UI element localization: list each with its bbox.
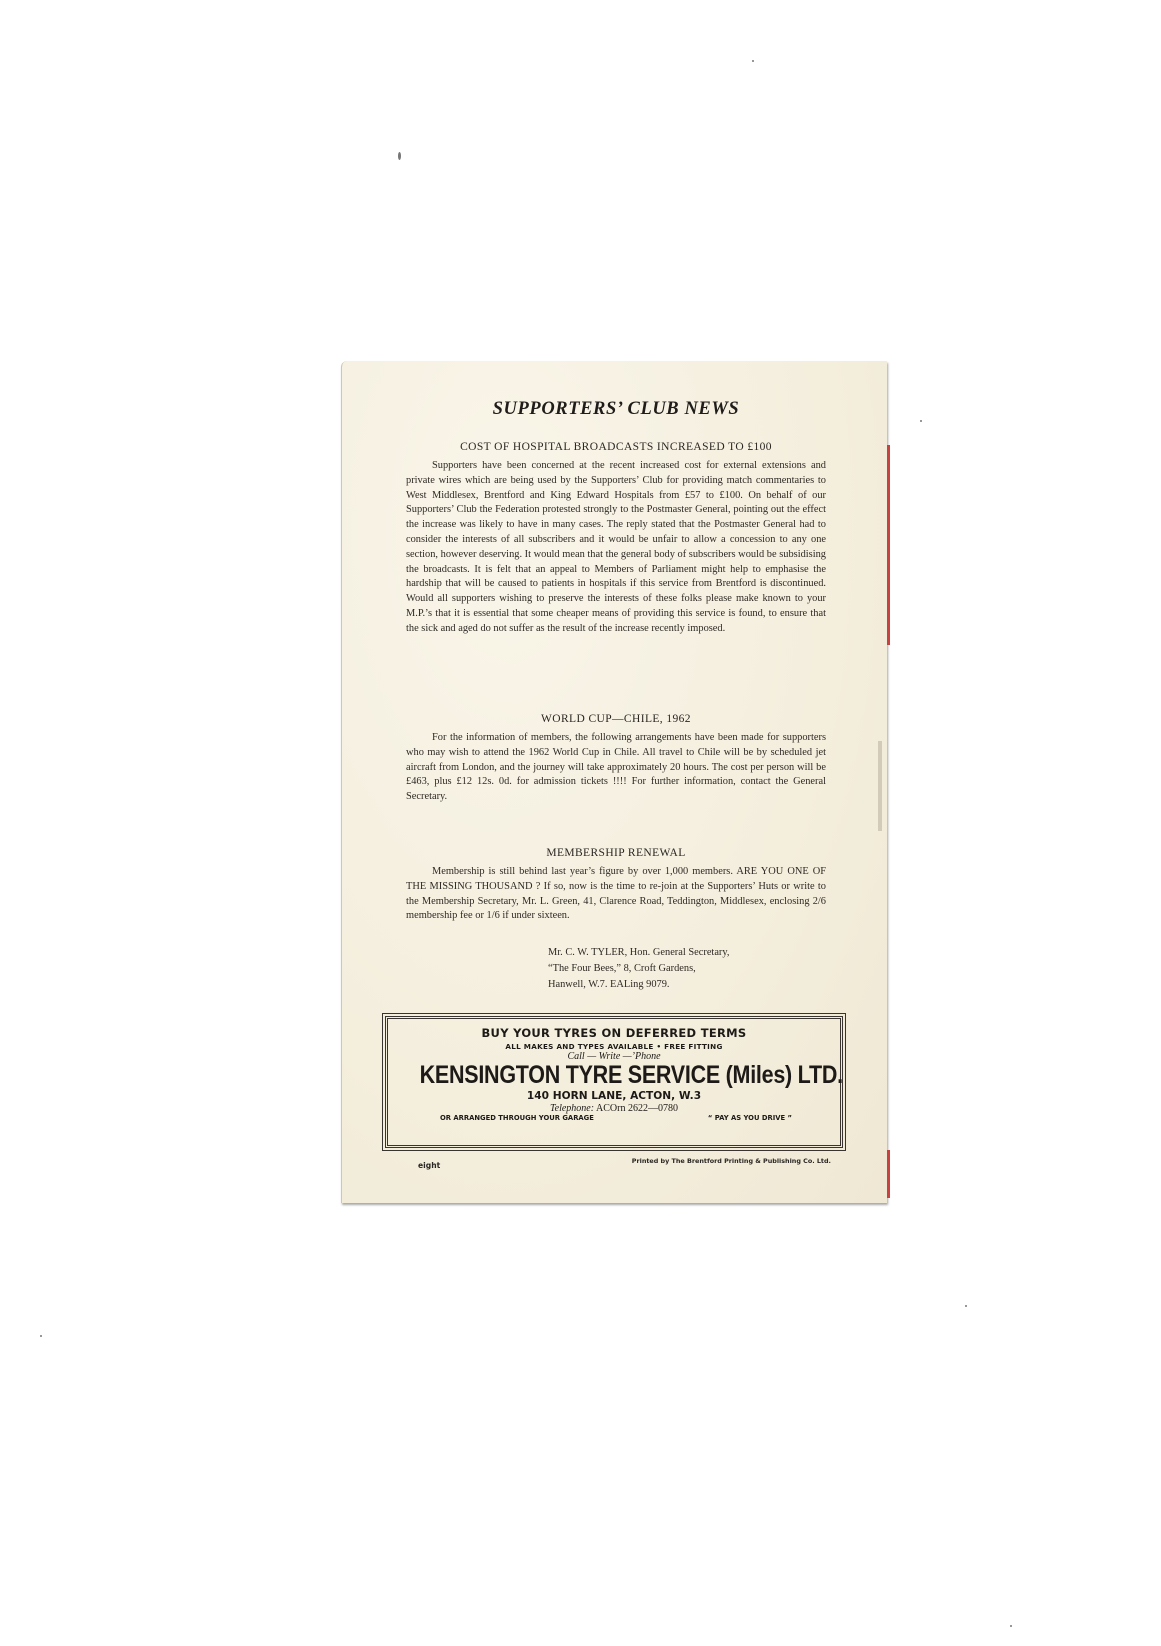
section-membership: MEMBERSHIP RENEWAL Membership is still b…: [406, 847, 826, 924]
advert-company: KENSINGTON TYRE SERVICE (Miles) LTD.: [420, 1062, 809, 1088]
advert-address: 140 HORN LANE, ACTON, W.3: [388, 1090, 840, 1102]
scan-speck: [965, 1305, 967, 1307]
printer-credit: Printed by The Brentford Printing & Publ…: [632, 1157, 831, 1165]
scan-speck: [920, 420, 922, 422]
page-crease: [878, 741, 882, 831]
advert-headline: BUY YOUR TYRES ON DEFERRED TERMS: [388, 1026, 840, 1040]
page-number: eight: [418, 1161, 440, 1170]
scan-speck: [752, 60, 754, 62]
advert-telephone-line: Telephone: ACOrn 2622—0780: [388, 1103, 840, 1114]
section-body: For the information of members, the foll…: [406, 731, 826, 805]
signature-line: Hanwell, W.7. EALing 9079.: [548, 977, 730, 993]
advert-footer-left: OR ARRANGED THROUGH YOUR GARAGE: [440, 1114, 594, 1122]
section-hospital-broadcasts: COST OF HOSPITAL BROADCASTS INCREASED TO…: [406, 441, 826, 637]
section-heading: MEMBERSHIP RENEWAL: [406, 847, 826, 859]
advert-subline: ALL MAKES AND TYPES AVAILABLE • FREE FIT…: [388, 1042, 840, 1051]
red-cover-edge: [887, 1150, 890, 1198]
tyre-advert: BUY YOUR TYRES ON DEFERRED TERMS ALL MAK…: [385, 1016, 843, 1148]
advert-footer: OR ARRANGED THROUGH YOUR GARAGE “ PAY AS…: [388, 1114, 840, 1122]
telephone-label: Telephone:: [550, 1103, 594, 1114]
red-cover-edge: [887, 445, 890, 645]
signature-block: Mr. C. W. TYLER, Hon. General Secretary,…: [548, 945, 730, 993]
section-heading: WORLD CUP—CHILE, 1962: [406, 713, 826, 725]
scan-speck: [40, 1335, 42, 1337]
programme-page: SUPPORTERS’ CLUB NEWS COST OF HOSPITAL B…: [341, 361, 887, 1203]
section-body: Supporters have been concerned at the re…: [406, 459, 826, 637]
section-body: Membership is still behind last year’s f…: [406, 865, 826, 924]
scan-speck: [398, 152, 401, 160]
signature-line: Mr. C. W. TYLER, Hon. General Secretary,: [548, 945, 730, 961]
advert-footer-right: “ PAY AS YOU DRIVE ”: [708, 1114, 792, 1122]
telephone-number: ACOrn 2622—0780: [596, 1103, 678, 1114]
section-world-cup: WORLD CUP—CHILE, 1962 For the informatio…: [406, 713, 826, 805]
section-heading: COST OF HOSPITAL BROADCASTS INCREASED TO…: [406, 441, 826, 453]
signature-line: “The Four Bees,” 8, Croft Gardens,: [548, 961, 730, 977]
scan-speck: [1010, 1625, 1012, 1627]
page-title: SUPPORTERS’ CLUB NEWS: [406, 399, 826, 420]
